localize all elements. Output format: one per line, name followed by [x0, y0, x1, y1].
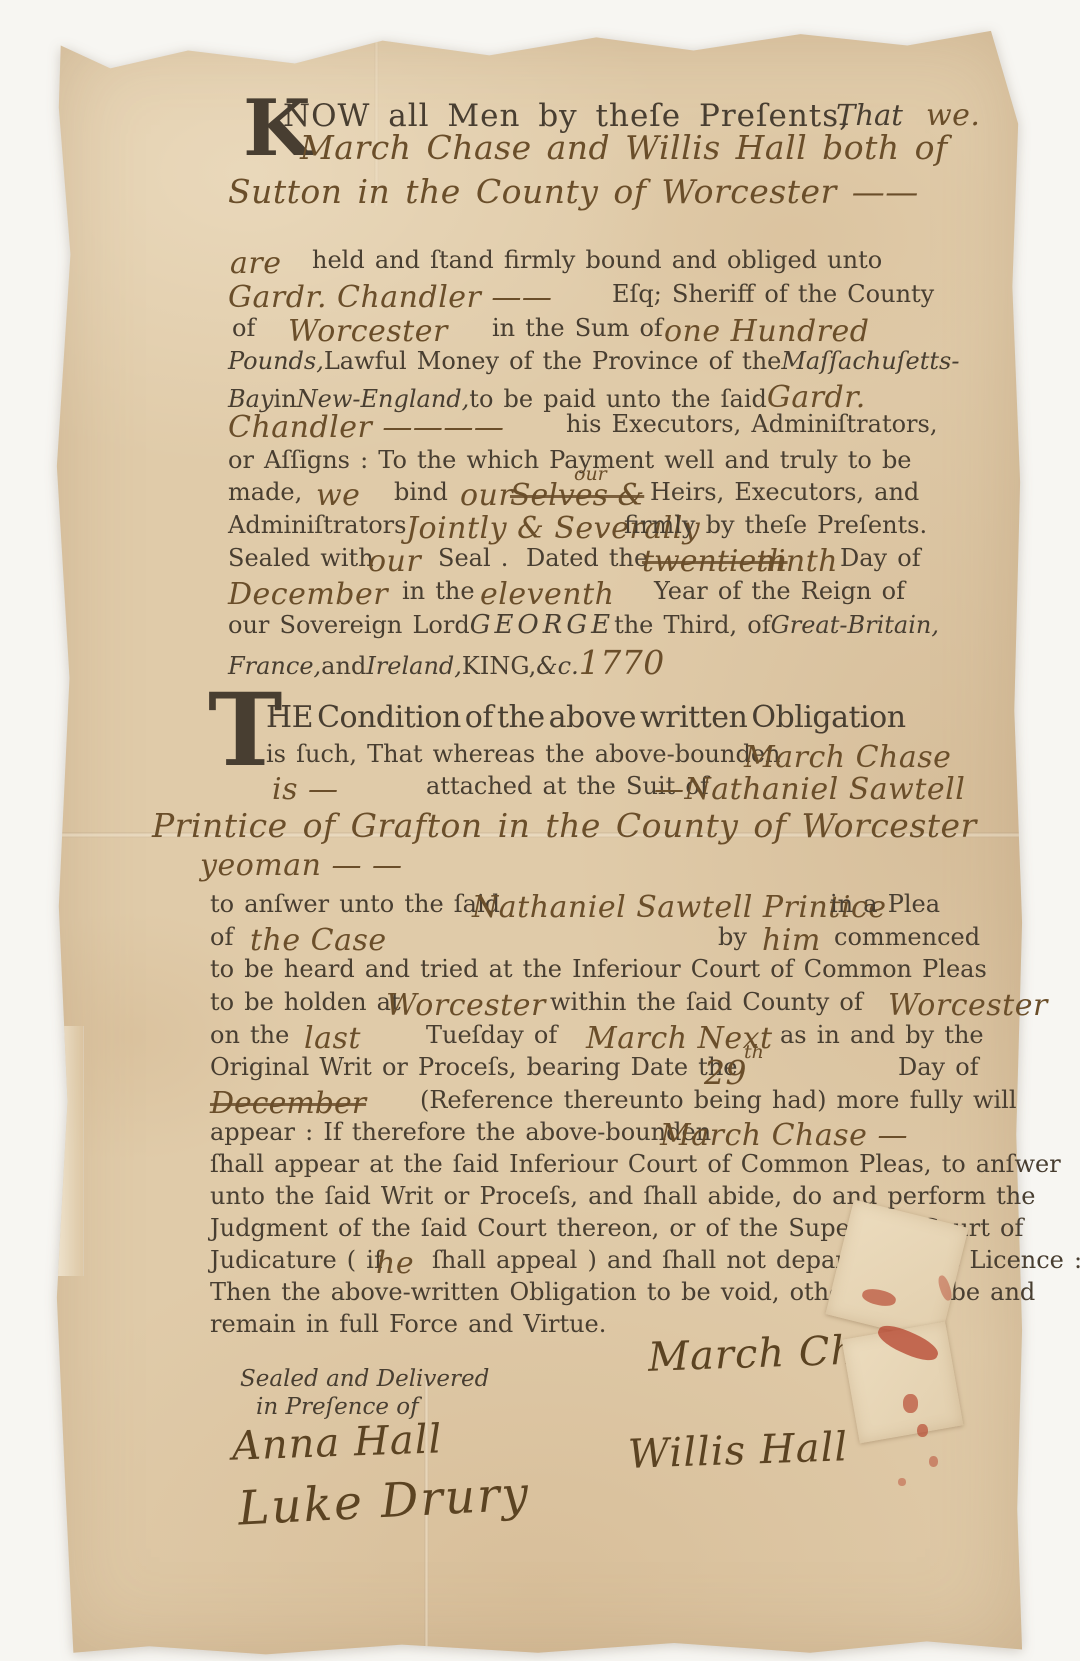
printed-text: Lawful Money of the Province of the — [324, 347, 782, 375]
printed-text: bind — [394, 478, 448, 506]
handwritten-text: Printice of Grafton in the County of Wor… — [152, 806, 977, 845]
handwritten-text: Worcester — [386, 988, 546, 1023]
printed-text: Judicature ( if — [210, 1246, 383, 1274]
handwritten-text: he — [376, 1246, 414, 1281]
wax-stain — [917, 1424, 928, 1437]
printed-text: and — [321, 652, 366, 680]
printed-text: of — [210, 923, 233, 951]
printed-text: of — [232, 314, 255, 342]
printed-text: the Third, of — [614, 611, 771, 639]
handwritten-text: our — [574, 463, 607, 485]
handwritten-text: him — [762, 923, 821, 958]
printed-text: held and ſtand firmly bound and obliged … — [312, 246, 882, 274]
printed-text: Maſſachuſetts- — [781, 347, 959, 375]
printed-text: within the ſaid County of — [550, 988, 863, 1016]
bond-line-13: France, and Ireland, KING, &c. 1770 — [228, 643, 665, 679]
handwritten-text: December — [210, 1086, 366, 1121]
handwritten-text: our — [460, 478, 513, 513]
witness-signature-anna-hall: Anna Hall — [232, 1420, 442, 1456]
printed-text: on the — [210, 1021, 289, 1049]
printed-text: Tueſday of — [426, 1021, 557, 1049]
printed-text: as in and by the — [780, 1021, 984, 1049]
printed-text: Eſq; Sheriff of the County — [612, 280, 934, 308]
handwritten-text: December — [228, 577, 388, 612]
handwritten-text: —Nathaniel Sawtell — [654, 772, 965, 807]
principals-line: March Chase and Willis Hall both of — [300, 128, 948, 164]
handwritten-text: 1770 — [579, 643, 665, 682]
signature-text: Willis Hall — [627, 1424, 849, 1478]
printed-text: ſhall appeal ) and ſhall not depart with… — [432, 1246, 1080, 1274]
printed-text: Year of the Reign of — [654, 577, 905, 605]
wax-stain — [903, 1394, 918, 1413]
handwritten-text: March Chase — — [660, 1118, 908, 1153]
witness-signature-luke-drury: Luke Drury — [238, 1474, 530, 1510]
printed-text: That — [836, 98, 903, 132]
printed-text: to be holden at — [210, 988, 401, 1016]
handwritten-text: Chandler ———— — [228, 410, 504, 445]
handwritten-text: yeoman — — — [200, 848, 403, 883]
printed-text: Heirs, Executors, and — [650, 478, 919, 506]
printed-text: commenced — [834, 923, 980, 951]
printed-text: New-England, — [297, 385, 470, 413]
printed-text: Great-Britain, — [771, 611, 939, 639]
condition-line-4: yeoman — — — [200, 848, 403, 884]
printed-text: in Preſence of — [256, 1394, 419, 1420]
handwritten-text: we — [316, 478, 360, 513]
handwritten-text: March Chase and Willis Hall both of — [300, 128, 948, 167]
party-signature-willis-hall: Willis Hall — [628, 1428, 848, 1464]
printed-text: by — [718, 923, 747, 951]
printed-text: to anſwer unto the ſaid — [210, 890, 500, 918]
printed-text: unto the ſaid Writ or Proceſs, and ſhall… — [210, 1182, 1035, 1210]
printed-text: Original Writ or Proceſs, bearing Date t… — [210, 1053, 737, 1081]
bond-line-7: or Aſſigns : To the which Payment well a… — [228, 446, 912, 482]
printed-text: in the Sum of — [492, 314, 663, 342]
printed-text: made, — [228, 478, 302, 506]
handwritten-text: Nathaniel Sawtell Printice — [472, 890, 887, 925]
printed-text: (Reference thereunto being had) more ful… — [420, 1086, 1017, 1114]
printed-text: his Executors, Adminiſtrators, — [566, 410, 937, 438]
handwritten-text: one Hundred — [664, 314, 869, 349]
signature-text: Luke Drury — [237, 1466, 532, 1536]
printed-text: remain in full Force and Virtue. — [210, 1310, 606, 1338]
plea-line-9: ſhall appear at the ſaid Inferiour Court… — [210, 1150, 1061, 1186]
handwritten-text: March Chase — [744, 740, 951, 775]
printed-text: appear : If therefore the above-bounden — [210, 1118, 711, 1146]
handwritten-text: th — [744, 1041, 764, 1063]
printed-text: in a Plea — [830, 890, 940, 918]
handwritten-text: last — [304, 1021, 361, 1056]
handwritten-text: eleventh — [480, 577, 615, 612]
printed-text: Pounds, — [228, 347, 324, 375]
bond-line-4: Pounds, Lawful Money of the Province of … — [228, 347, 959, 383]
plea-line-10: unto the ſaid Writ or Proceſs, and ſhall… — [210, 1182, 1035, 1218]
handwritten-text: our — [368, 544, 421, 579]
printed-text: or Aſſigns : To the which Payment well a… — [228, 446, 912, 474]
printed-text: Sealed and Delivered — [240, 1366, 489, 1392]
signature-text: Anna Hall — [231, 1416, 443, 1469]
printed-text: our Sovereign Lord — [228, 611, 470, 639]
handwritten-text: Gardr. Chandler —— — [228, 280, 552, 315]
handwritten-text: Worcester — [288, 314, 448, 349]
printed-text: Day of — [840, 544, 921, 572]
plea-line-3: to be heard and tried at the Inferiour C… — [210, 955, 987, 991]
printed-text: to be heard and tried at the Inferiour C… — [210, 955, 987, 983]
printed-text: Dated the — [526, 544, 648, 572]
printed-text: to be paid unto the ſaid — [469, 385, 767, 413]
printed-text: Seal . — [438, 544, 508, 572]
printed-text: GEORGE — [470, 610, 614, 640]
printed-text: Bay — [228, 385, 274, 413]
printed-text: firmly by theſe Preſents. — [624, 511, 927, 539]
printed-text: Day of — [898, 1053, 979, 1081]
wax-stain — [929, 1456, 938, 1467]
condition-heading: HE Condition of the above written Obliga… — [266, 700, 906, 736]
printed-text: is ſuch, That whereas the above-bounden — [266, 740, 780, 768]
scanned-document-page: { "page": { "colors": { "backdrop": "#f7… — [0, 0, 1080, 1661]
plea-line-14: remain in full Force and Virtue. — [210, 1310, 606, 1346]
printed-text: Sealed with — [228, 544, 374, 572]
handwritten-text: the Case — [250, 923, 387, 958]
wax-stain — [898, 1478, 906, 1486]
handwritten-text: Worcester — [888, 988, 1048, 1023]
bond-line-12: our Sovereign Lord GEORGE the Third, of … — [228, 610, 939, 646]
handwritten-text: ninth — [756, 544, 838, 579]
handwritten-text: Sutton in the County of Worcester —— — [228, 172, 919, 211]
printed-text: in — [274, 385, 297, 413]
handwritten-text: is — — [272, 772, 339, 807]
residence-line: Sutton in the County of Worcester —— — [228, 172, 919, 208]
condition-line-3: Printice of Grafton in the County of Wor… — [152, 806, 977, 842]
printed-text: HE Condition of the above written Obliga… — [266, 700, 906, 735]
printed-text: in the — [402, 577, 475, 605]
printed-text: Adminiſtrators — [228, 511, 406, 539]
handwritten-text: are — [230, 246, 281, 281]
printed-text: ſhall appear at the ſaid Inferiour Court… — [210, 1150, 1061, 1178]
printed-text: &c. — [536, 652, 578, 680]
printed-text: KING, — [462, 652, 536, 680]
printed-text: Ireland, — [366, 652, 462, 680]
condition-line-1: is ſuch, That whereas the above-boundenM… — [266, 740, 780, 776]
